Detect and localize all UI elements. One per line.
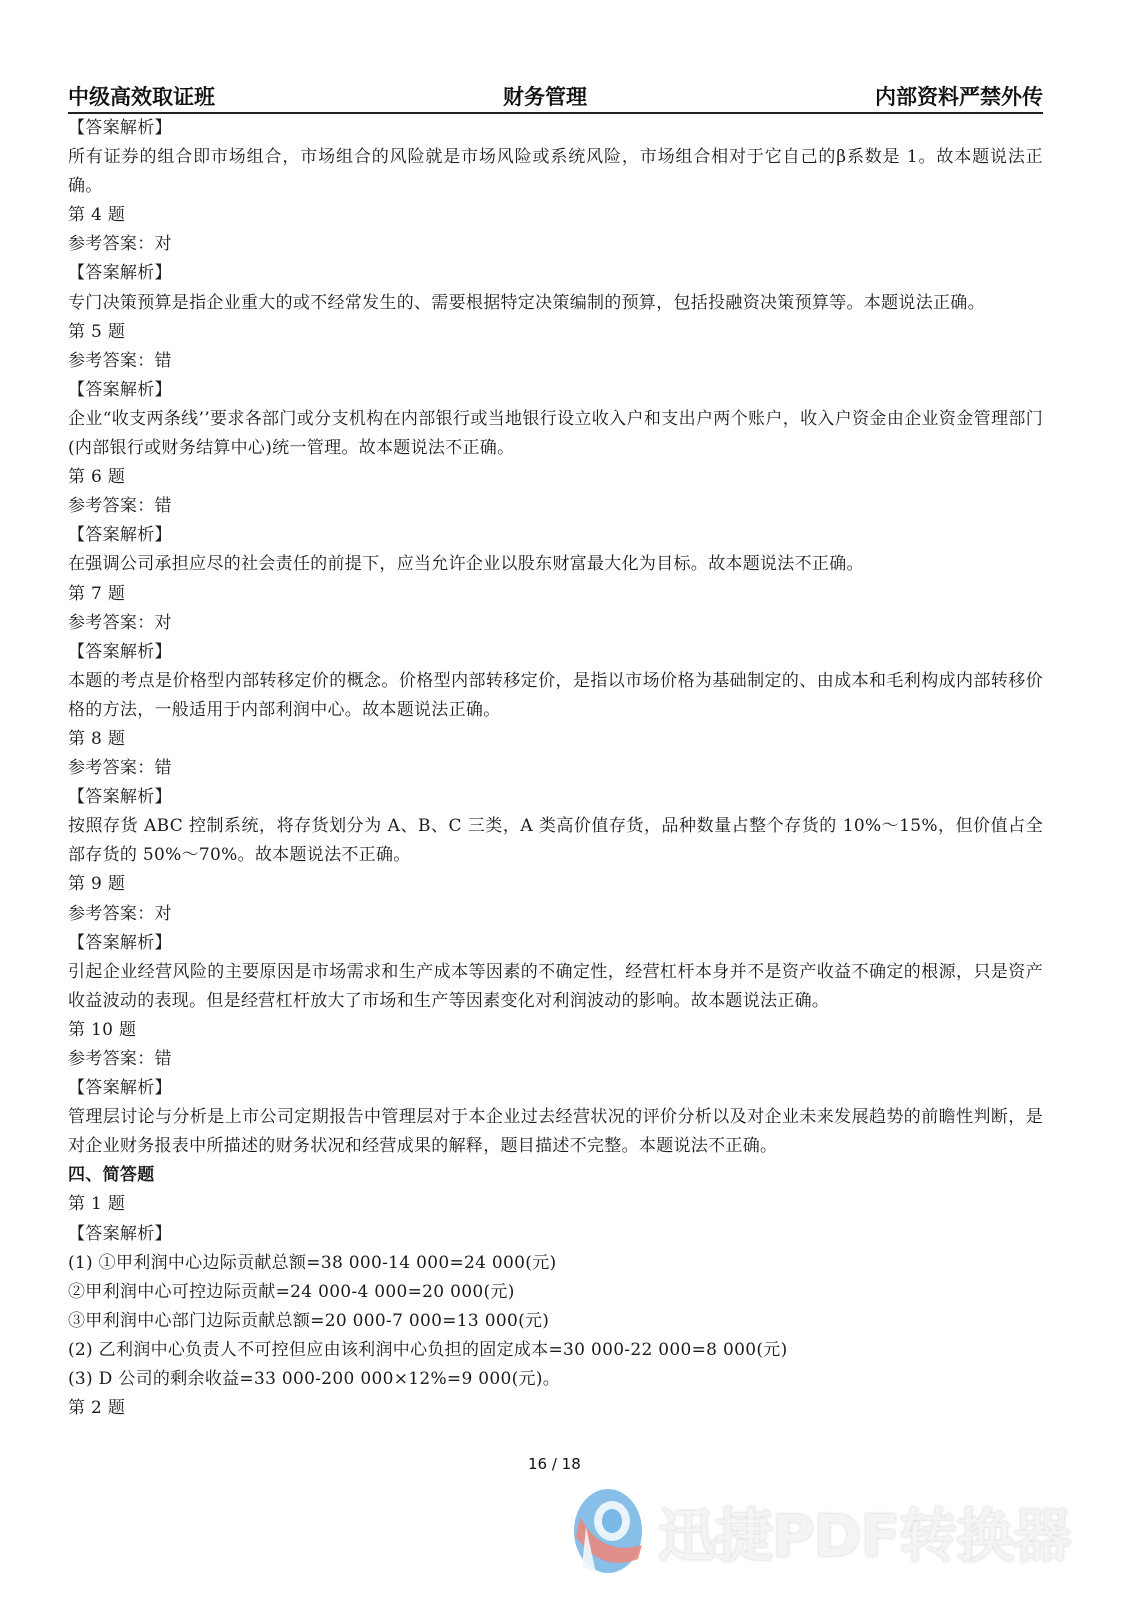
- calculation-line: (3) D 公司的剩余收益=33 000-200 000×12%=9 000(元…: [68, 1365, 1043, 1394]
- analysis-label: 【答案解析】: [68, 638, 1043, 667]
- reference-answer: 参考答案：对: [68, 609, 1043, 638]
- question-number: 第 1 题: [68, 1190, 1043, 1219]
- question-number: 第 4 题: [68, 201, 1043, 230]
- question-number: 第 10 题: [68, 1016, 1043, 1045]
- analysis-label: 【答案解析】: [68, 1074, 1043, 1103]
- analysis-label: 【答案解析】: [68, 783, 1043, 812]
- watermark-text: 迅捷PDF转换器: [658, 1489, 1070, 1573]
- watermark: 迅捷PDF转换器: [572, 1487, 1070, 1575]
- analysis-text: 管理层讨论与分析是上市公司定期报告中管理层对于本企业过去经营状况的评价分析以及对…: [68, 1103, 1043, 1161]
- header-course-name: 中级高效取证班: [68, 81, 215, 111]
- analysis-text: 本题的考点是价格型内部转移定价的概念。价格型内部转移定价，是指以市场价格为基础制…: [68, 667, 1043, 725]
- page-number: 16 / 18: [528, 1455, 581, 1473]
- analysis-text: 按照存货 ABC 控制系统，将存货划分为 A、B、C 三类，A 类高价值存货，品…: [68, 812, 1043, 870]
- calculation-line: ②甲利润中心可控边际贡献=24 000-4 000=20 000(元): [68, 1278, 1043, 1307]
- analysis-text: 专门决策预算是指企业重大的或不经常发生的、需要根据特定决策编制的预算，包括投融资…: [68, 289, 1043, 318]
- analysis-text: 引起企业经营风险的主要原因是市场需求和生产成本等因素的不确定性，经营杠杆本身并不…: [68, 958, 1043, 1016]
- document-body: 【答案解析】 所有证券的组合即市场组合，市场组合的风险就是市场风险或系统风险，市…: [68, 114, 1043, 1423]
- analysis-text: 所有证券的组合即市场组合，市场组合的风险就是市场风险或系统风险，市场组合相对于它…: [68, 143, 1043, 201]
- analysis-label: 【答案解析】: [68, 376, 1043, 405]
- analysis-text: 在强调公司承担应尽的社会责任的前提下，应当允许企业以股东财富最大化为目标。故本题…: [68, 550, 1043, 579]
- question-number: 第 6 题: [68, 463, 1043, 492]
- analysis-label: 【答案解析】: [68, 114, 1043, 143]
- analysis-label: 【答案解析】: [68, 929, 1043, 958]
- question-number: 第 7 题: [68, 580, 1043, 609]
- analysis-label: 【答案解析】: [68, 1220, 1043, 1249]
- page-header: 中级高效取证班 财务管理 内部资料严禁外传: [68, 80, 1043, 114]
- reference-answer: 参考答案：错: [68, 1045, 1043, 1074]
- reference-answer: 参考答案：对: [68, 230, 1043, 259]
- analysis-label: 【答案解析】: [68, 521, 1043, 550]
- analysis-label: 【答案解析】: [68, 259, 1043, 288]
- analysis-text: 企业“收支两条线’’要求各部门或分支机构在内部银行或当地银行设立收入户和支出户两…: [68, 405, 1043, 463]
- reference-answer: 参考答案：对: [68, 900, 1043, 929]
- question-number: 第 5 题: [68, 318, 1043, 347]
- header-confidential-notice: 内部资料严禁外传: [875, 81, 1043, 111]
- section-title: 四、简答题: [68, 1161, 1043, 1190]
- calculation-line: ③甲利润中心部门边际贡献总额=20 000-7 000=13 000(元): [68, 1307, 1043, 1336]
- question-number: 第 9 题: [68, 870, 1043, 899]
- header-subject: 财务管理: [503, 81, 587, 111]
- question-number: 第 8 题: [68, 725, 1043, 754]
- reference-answer: 参考答案：错: [68, 754, 1043, 783]
- calculation-line: (2) 乙利润中心负责人不可控但应由该利润中心负担的固定成本=30 000-22…: [68, 1336, 1043, 1365]
- pdf-converter-logo-icon: [572, 1487, 644, 1575]
- calculation-line: (1) ①甲利润中心边际贡献总额=38 000-14 000=24 000(元): [68, 1249, 1043, 1278]
- reference-answer: 参考答案：错: [68, 347, 1043, 376]
- reference-answer: 参考答案：错: [68, 492, 1043, 521]
- question-number: 第 2 题: [68, 1394, 1043, 1423]
